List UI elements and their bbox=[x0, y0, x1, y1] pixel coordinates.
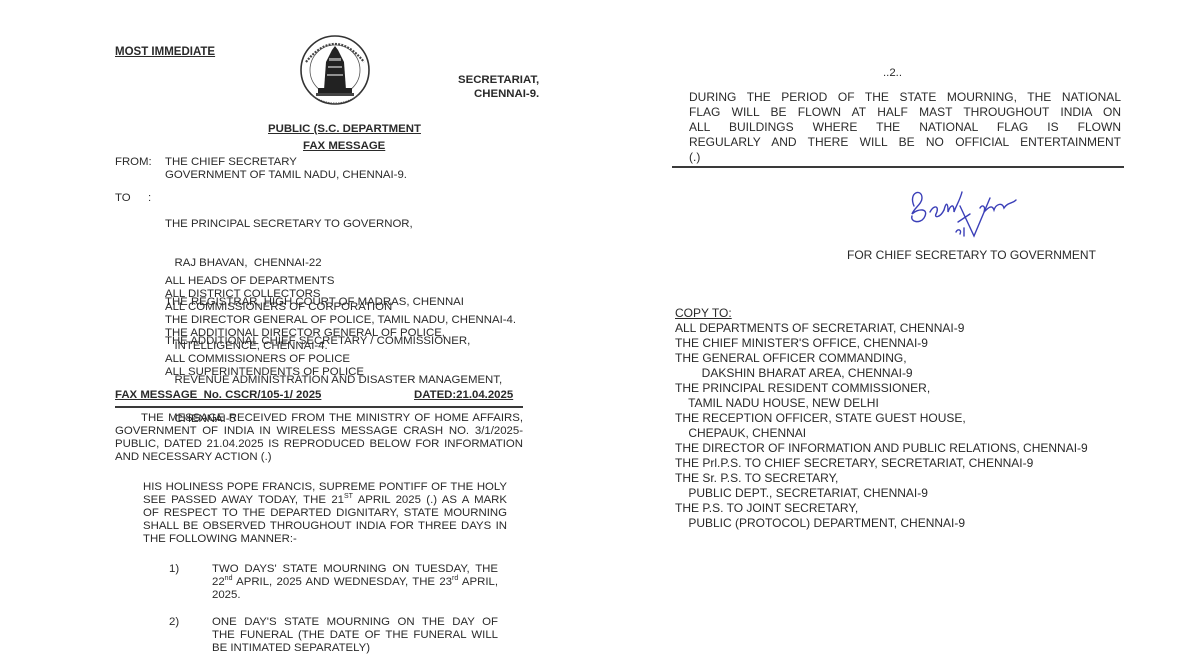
copy-recipient: CHEPAUK, CHENNAI bbox=[675, 426, 1088, 441]
copy-recipient: THE CHIEF MINISTER'S OFFICE, CHENNAI-9 bbox=[675, 336, 1088, 351]
section-divider bbox=[672, 166, 1124, 168]
recipient-line: ALL COMMISSIONERS OF CORPORATION bbox=[165, 301, 516, 314]
fax-page-1: MOST IMMEDIATE SECRETARIAT, CHENNAI-9. P… bbox=[0, 0, 600, 667]
copy-to-heading: COPY TO: bbox=[675, 307, 732, 320]
message-type-heading: FAX MESSAGE bbox=[303, 140, 385, 153]
recipient-line: ALL COMMISSIONERS OF POLICE bbox=[165, 353, 516, 366]
signatory-designation: FOR CHIEF SECRETARY TO GOVERNMENT bbox=[847, 249, 1096, 262]
copy-recipient: PUBLIC DEPT., SECRETARIAT, CHENNAI-9 bbox=[675, 486, 1088, 501]
from-label: FROM: bbox=[115, 156, 152, 169]
continuation-paragraph: DURING THE PERIOD OF THE STATE MOURNING,… bbox=[689, 90, 1121, 165]
fax-message-number: FAX MESSAGE No. CSCR/105-1/ 2025 bbox=[115, 389, 321, 402]
copy-recipient: THE RECEPTION OFFICER, STATE GUEST HOUSE… bbox=[675, 411, 1088, 426]
copy-recipient: THE Prl.P.S. TO CHIEF SECRETARY, SECRETA… bbox=[675, 456, 1088, 471]
copy-recipient: THE GENERAL OFFICER COMMANDING, bbox=[675, 351, 1088, 366]
priority-label: MOST IMMEDIATE bbox=[115, 46, 215, 59]
from-block: THE CHIEF SECRETARY GOVERNMENT OF TAMIL … bbox=[165, 156, 407, 182]
copy-recipient: THE DIRECTOR OF INFORMATION AND PUBLIC R… bbox=[675, 441, 1088, 456]
department-heading: PUBLIC (S.C. DEPARTMENT bbox=[268, 123, 421, 136]
intro-paragraph: THE MESSAGE RECEIVED FROM THE MINISTRY O… bbox=[115, 412, 523, 464]
list-item: TWO DAYS' STATE MOURNING ON TUESDAY, THE… bbox=[212, 563, 498, 602]
recipient-line: THE ADDITIONAL DIRECTOR GENERAL OF POLIC… bbox=[165, 327, 516, 340]
copy-recipient: TAMIL NADU HOUSE, NEW DELHI bbox=[675, 396, 1088, 411]
copy-recipient: THE Sr. P.S. TO SECRETARY, bbox=[675, 471, 1088, 486]
fax-message-date: DATED:21.04.2025 bbox=[414, 389, 513, 402]
copy-recipient: ALL DEPARTMENTS OF SECRETARIAT, CHENNAI-… bbox=[675, 321, 1088, 336]
to-label: TO bbox=[115, 192, 131, 205]
handwritten-signature-icon bbox=[900, 184, 1030, 244]
page-marker: ..2.. bbox=[883, 67, 902, 80]
recipient-line: ALL SUPERINTENDENTS OF POLICE bbox=[165, 366, 516, 379]
copy-recipient: DAKSHIN BHARAT AREA, CHENNAI-9 bbox=[675, 366, 1088, 381]
recipient-line: INTELLIGENCE, CHENNAI-4. bbox=[165, 340, 516, 353]
tamil-nadu-government-emblem-icon bbox=[296, 32, 374, 114]
recipient-line: THE DIRECTOR GENERAL OF POLICE, TAMIL NA… bbox=[165, 314, 516, 327]
recipient-line: THE PRINCIPAL SECRETARY TO GOVERNOR, bbox=[165, 218, 502, 231]
recipient-line: RAJ BHAVAN, CHENNAI-22 bbox=[165, 257, 502, 270]
recipient-line: ALL DISTRICT COLLECTORS bbox=[165, 288, 516, 301]
office-address: SECRETARIAT, CHENNAI-9. bbox=[458, 73, 539, 101]
list-item: ONE DAY'S STATE MOURNING ON THE DAY OF T… bbox=[212, 616, 498, 655]
copy-recipient: THE PRINCIPAL RESIDENT COMMISSIONER, bbox=[675, 381, 1088, 396]
copy-to-list: ALL DEPARTMENTS OF SECRETARIAT, CHENNAI-… bbox=[675, 321, 1088, 531]
to-colon: : bbox=[148, 192, 151, 205]
copy-recipient: PUBLIC (PROTOCOL) DEPARTMENT, CHENNAI-9 bbox=[675, 516, 1088, 531]
to-recipients-group-2: ALL HEADS OF DEPARTMENTS ALL DISTRICT CO… bbox=[165, 275, 516, 379]
list-item-number: 1) bbox=[169, 563, 179, 576]
recipient-line: ALL HEADS OF DEPARTMENTS bbox=[165, 275, 516, 288]
mha-message-paragraph: HIS HOLINESS POPE FRANCIS, SUPREME PONTI… bbox=[143, 481, 507, 546]
copy-recipient: THE P.S. TO JOINT SECRETARY, bbox=[675, 501, 1088, 516]
section-divider bbox=[115, 406, 523, 408]
list-item-number: 2) bbox=[169, 616, 179, 629]
